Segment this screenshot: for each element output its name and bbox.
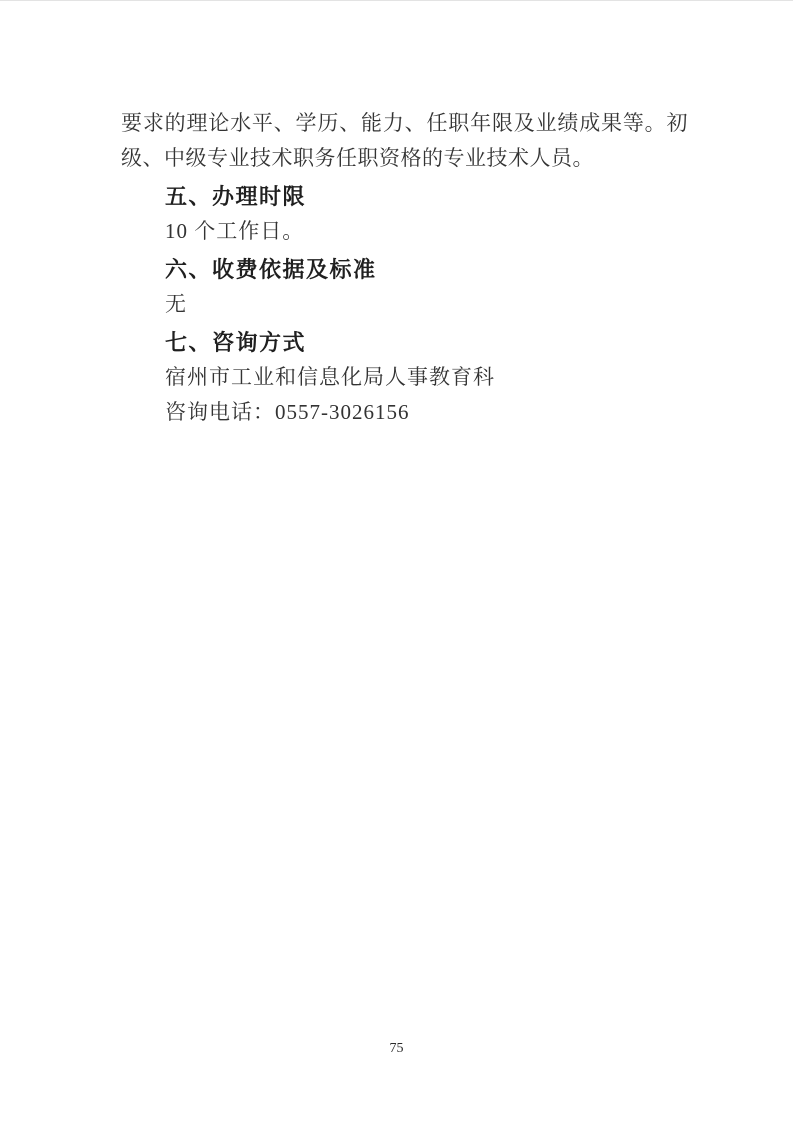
section-body-line: 宿州市工业和信息化局人事教育科 [165, 360, 688, 395]
section-heading: 五、办理时限 [165, 179, 688, 214]
section-body-line: 无 [165, 287, 688, 322]
page-number: 75 [390, 1041, 404, 1056]
section-heading: 六、收费依据及标准 [165, 252, 688, 287]
section-heading: 七、咨询方式 [165, 325, 688, 360]
document-content: 要求的理论水平、学历、能力、任职年限及业绩成果等。初 级、中级专业技术职务任职资… [121, 106, 688, 430]
section-body-line: 10 个工作日。 [165, 214, 688, 249]
page-footer: 75 [0, 1039, 793, 1058]
intro-paragraph: 要求的理论水平、学历、能力、任职年限及业绩成果等。初 级、中级专业技术职务任职资… [121, 106, 688, 176]
intro-paragraph-line-2: 级、中级专业技术职务任职资格的专业技术人员。 [121, 141, 688, 176]
section-processing-time: 五、办理时限 10 个工作日。 [121, 179, 688, 249]
section-body-line: 咨询电话：0557-3026156 [165, 395, 688, 430]
document-page: 要求的理论水平、学历、能力、任职年限及业绩成果等。初 级、中级专业技术职务任职资… [0, 0, 793, 1122]
section-fee-basis: 六、收费依据及标准 无 [121, 252, 688, 322]
intro-paragraph-line-1: 要求的理论水平、学历、能力、任职年限及业绩成果等。初 [121, 106, 688, 141]
section-contact-method: 七、咨询方式 宿州市工业和信息化局人事教育科 咨询电话：0557-3026156 [121, 325, 688, 430]
